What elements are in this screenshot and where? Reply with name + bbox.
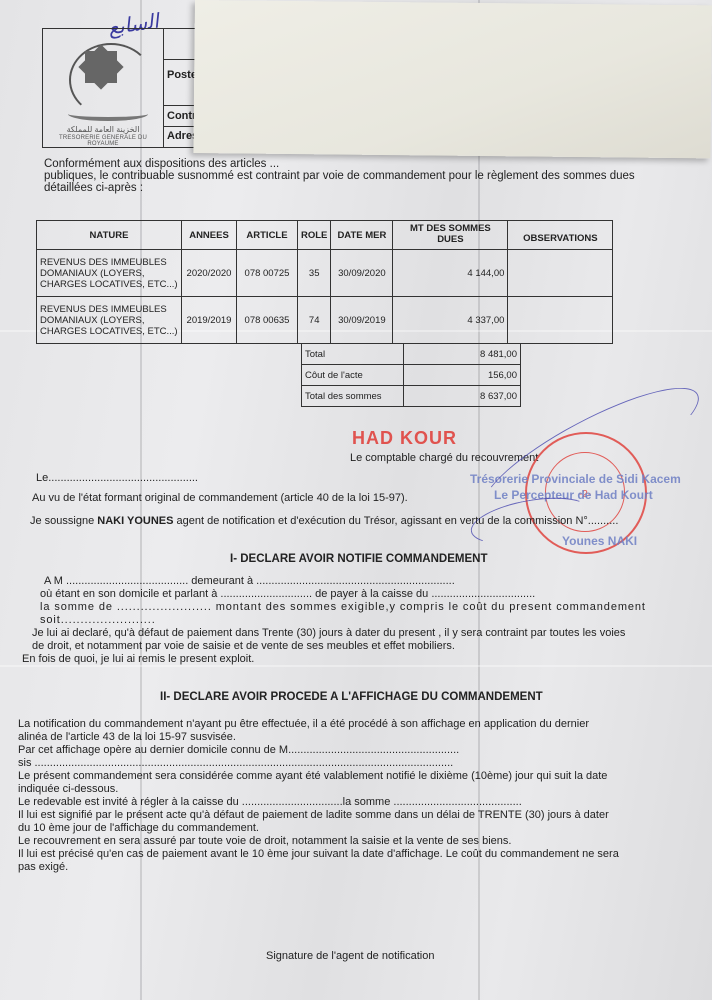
- total-label: Total: [302, 344, 404, 365]
- table-header-row: NATURE ANNEES ARTICLE ROLE DATE MER MT D…: [37, 221, 613, 250]
- cell-article: 078 00635: [237, 297, 298, 344]
- logo: الخزينة العامة للمملكة TRESORERIE GENERA…: [43, 29, 164, 147]
- section1-line: de droit, et notamment par voie de saisi…: [32, 640, 697, 653]
- cell-annees: 2019/2019: [182, 297, 237, 344]
- section1-line: En fois de quoi, je lui ai remis le pres…: [22, 653, 697, 666]
- section1-title: I- DECLARE AVOIR NOTIFIE COMMANDEMENT: [230, 553, 487, 565]
- section1-line: où étant en son domicile et parlant à ..…: [32, 588, 697, 601]
- col-role: ROLE: [298, 221, 331, 250]
- section2-line: pas exigé.: [18, 861, 708, 874]
- section2-line: alinéa de l'article 43 de la loi 15-97 s…: [18, 731, 708, 744]
- section2-line: Le présent commandement sera considérée …: [18, 770, 708, 783]
- cout-acte-value: 156,00: [404, 365, 521, 386]
- col-observations: OBSERVATIONS: [508, 221, 613, 250]
- section1-line: A M ....................................…: [32, 575, 697, 588]
- section2-line: indiquée ci-dessous.: [18, 783, 708, 796]
- agent-name: NAKI YOUNES: [97, 515, 173, 527]
- section2-line: Le redevable est invité à régler à la ca…: [18, 796, 708, 809]
- section2-line: Le recouvrement en sera assuré par toute…: [18, 835, 708, 848]
- sticky-note-cover: [193, 0, 712, 158]
- section2-line: Par cet affichage opère au dernier domic…: [18, 744, 708, 757]
- cout-acte-label: Côut de l'acte: [302, 365, 404, 386]
- logo-text-fr: TRESORERIE GENERALE DU ROYAUME: [45, 135, 161, 147]
- intro-line: Conformément aux dispositions des articl…: [44, 158, 684, 170]
- total-value: 8 481,00: [404, 344, 521, 365]
- section2-line: Il lui est précisé qu'en cas de paiement…: [18, 848, 708, 861]
- total-sommes-label: Total des sommes: [302, 386, 404, 407]
- cell-nature: REVENUS DES IMMEUBLES DOMANIAUX (LOYERS,…: [37, 297, 182, 344]
- treasury-stamp-line: Younes NAKI: [562, 534, 637, 548]
- comptable-label: Le comptable chargé du recouvrement: [350, 452, 538, 464]
- section1-line: la somme de ........................ mon…: [32, 601, 697, 614]
- cell-role: 35: [298, 250, 331, 297]
- intro-line: publiques, le contribuable susnommé est …: [44, 170, 684, 182]
- total-sommes-value: 8 637,00: [404, 386, 521, 407]
- cell-role: 74: [298, 297, 331, 344]
- col-date-mer: DATE MER: [331, 221, 393, 250]
- section2-line: La notification du commandement n'ayant …: [18, 718, 708, 731]
- cell-observations: [508, 250, 613, 297]
- cell-montant: 4 337,00: [393, 297, 508, 344]
- cell-montant: 4 144,00: [393, 250, 508, 297]
- date-line: Le......................................…: [36, 472, 198, 485]
- table-row: REVENUS DES IMMEUBLES DOMANIAUX (LOYERS,…: [37, 297, 613, 344]
- logo-star-icon: [85, 51, 117, 83]
- section1-line: Je lui ai declaré, qu'à défaut de paieme…: [32, 627, 697, 640]
- intro-text: Conformément aux dispositions des articl…: [44, 158, 684, 194]
- debt-table: NATURE ANNEES ARTICLE ROLE DATE MER MT D…: [36, 220, 613, 344]
- soussigne-prefix: Je soussigne: [30, 515, 97, 527]
- section2-line: Il lui est signifié par le présent acte …: [18, 809, 708, 822]
- section1-body: A M ....................................…: [32, 575, 697, 666]
- soussigne-suffix: agent de notification et d'exécution du …: [173, 515, 618, 527]
- cell-date-mer: 30/09/2019: [331, 297, 393, 344]
- signature-label: Signature de l'agent de notification: [266, 950, 434, 963]
- col-annees: ANNEES: [182, 221, 237, 250]
- col-nature: NATURE: [37, 221, 182, 250]
- totals-row: Total des sommes 8 637,00: [302, 386, 521, 407]
- section1-line: soit........................: [32, 614, 697, 627]
- col-article: ARTICLE: [237, 221, 298, 250]
- cell-nature: REVENUS DES IMMEUBLES DOMANIAUX (LOYERS,…: [37, 250, 182, 297]
- logo-text-ar: الخزينة العامة للمملكة: [45, 125, 161, 134]
- section2-title: II- DECLARE AVOIR PROCEDE A L'AFFICHAGE …: [160, 691, 543, 703]
- section2-line: du 10 ème jour de l'affichage du command…: [18, 822, 708, 835]
- logo-swoosh-icon: [68, 107, 148, 121]
- totals-table: Total 8 481,00 Côut de l'acte 156,00 Tot…: [301, 343, 521, 407]
- soussigne-text: Je soussigne NAKI YOUNES agent de notifi…: [30, 515, 618, 528]
- au-vu-text: Au vu de l'état formant original de comm…: [32, 492, 408, 505]
- totals-row: Total 8 481,00: [302, 344, 521, 365]
- table-row: REVENUS DES IMMEUBLES DOMANIAUX (LOYERS,…: [37, 250, 613, 297]
- cell-article: 078 00725: [237, 250, 298, 297]
- cell-observations: [508, 297, 613, 344]
- cell-date-mer: 30/09/2020: [331, 250, 393, 297]
- place-stamp: HAD KOUR: [352, 428, 457, 449]
- col-montant: MT DES SOMMES DUES: [393, 221, 508, 250]
- intro-line: détaillées ci-après :: [44, 182, 684, 194]
- section2-line: sis ....................................…: [18, 757, 708, 770]
- totals-row: Côut de l'acte 156,00: [302, 365, 521, 386]
- section2-body: La notification du commandement n'ayant …: [18, 718, 708, 874]
- cell-annees: 2020/2020: [182, 250, 237, 297]
